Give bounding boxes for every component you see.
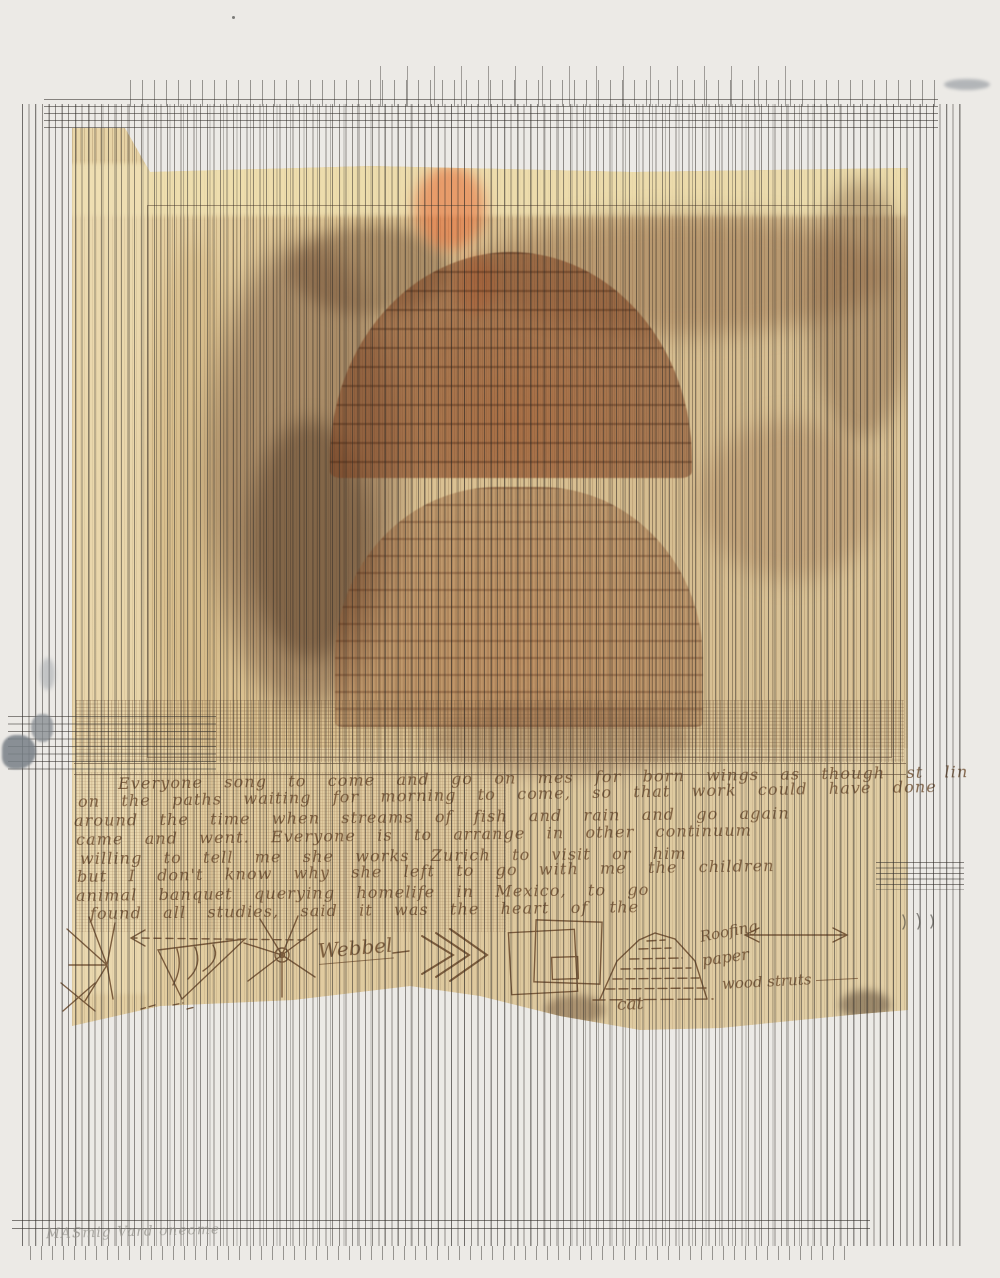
gray-smudge-top-right — [944, 79, 990, 90]
grid-bottom-fringe — [30, 1246, 850, 1260]
grid-vertical-lines-variation — [22, 104, 963, 1246]
grid-horizontal-right-bundle — [876, 862, 964, 890]
grid-horizontal-text-rules — [74, 763, 906, 777]
grid-horizontal-top-bundle — [44, 99, 938, 128]
gray-blob-small — [31, 714, 53, 742]
artwork-canvas: Everyone song to come and go on mes for … — [0, 0, 1000, 1278]
pencil-dot — [232, 16, 235, 19]
gray-streak — [40, 658, 55, 690]
